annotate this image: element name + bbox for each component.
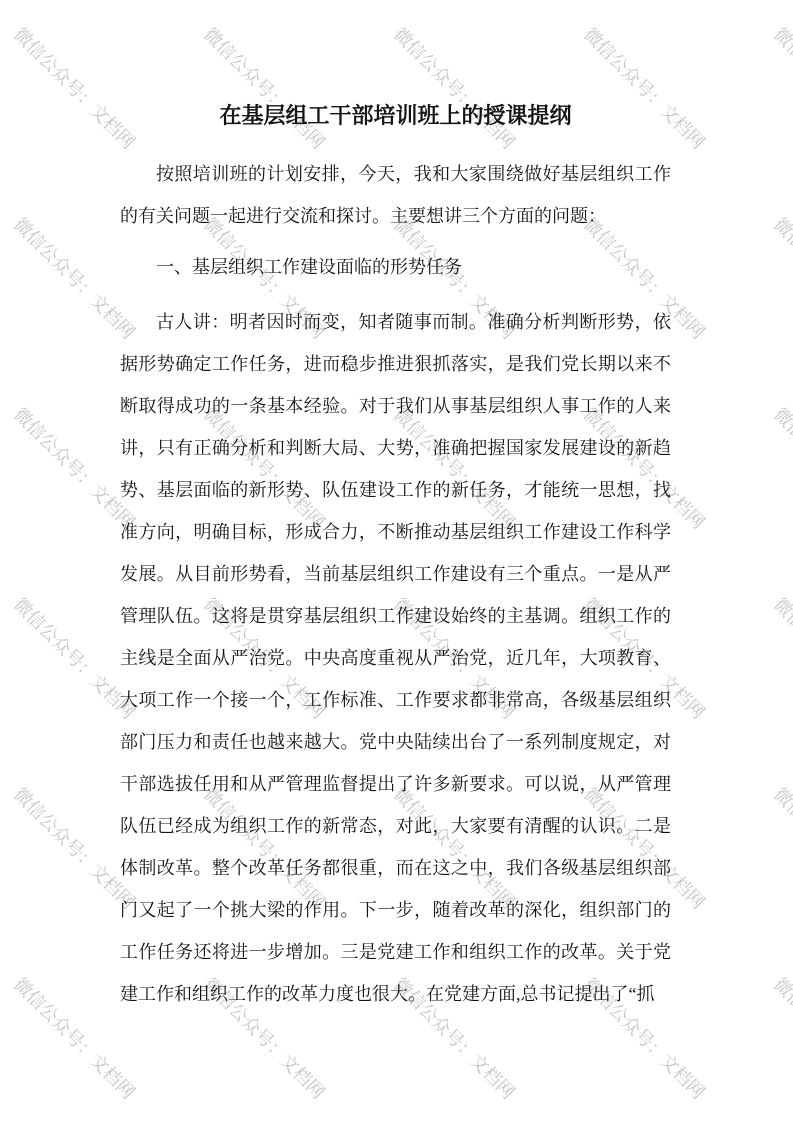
document-content: 在基层组工干部培训班上的授课提纲 按照培训班的计划安排，今天，我和大家围绕做好基… [0,0,793,1015]
intro-paragraph: 按照培训班的计划安排，今天，我和大家围绕做好基层组织工作的有关问题一起进行交流和… [120,153,671,237]
document-page: 微信公众号：文档网微信公众号：文档网微信公众号：文档网微信公众号：文档网微信公众… [0,0,793,1122]
document-title: 在基层组工干部培训班上的授课提纲 [120,0,671,131]
body-paragraph: 古人讲：明者因时而变，知者随事而制。准确分析判断形势，依据形势确定工作任务，进而… [120,301,671,1015]
section-heading: 一、基层组织工作建设面临的形势任务 [120,246,671,288]
